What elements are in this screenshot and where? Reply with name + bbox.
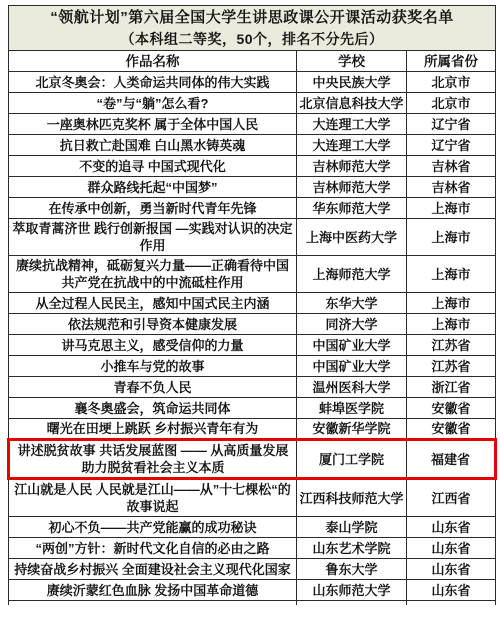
school-cell: 同济大学: [297, 314, 407, 335]
province-cell: 安徽省: [407, 419, 496, 440]
column-header-province: 所属省份: [407, 51, 496, 72]
column-header-school: 学校: [297, 51, 407, 72]
school-cell: 山东师范大学: [297, 580, 407, 601]
work-cell: 讲马克思主义，感受信仰的力量: [9, 335, 297, 356]
school-cell: 厦门工学院: [297, 440, 407, 479]
table-row: “卷”与“躺”怎么看? 北京信息科技大学 北京市: [9, 93, 496, 114]
work-cell: 讲述脱贫故事 共话发展蓝图 —— 从高质量发展助力脱贫看社会主义本质: [9, 440, 297, 479]
table-body: “领航计划”第六届全国大学生讲思政课公开课活动获奖名单 （本科组二等奖，50个，…: [9, 6, 496, 605]
table-row: 持续奋战乡村振兴 全面建设社会主义现代化国家 鲁东大学 山东省: [9, 559, 496, 580]
school-cell: 上海中医药大学: [297, 219, 407, 256]
partial-bottom-row: [9, 601, 496, 605]
province-cell: 浙江省: [407, 377, 496, 398]
table-row: 初心不负——共产党能赢的成功秘诀 泰山学院 山东省: [9, 517, 496, 538]
work-cell: 萃取青蒿济世 践行创新报国 —实践对认识的决定作用: [9, 219, 297, 256]
school-cell: 吉林师范大学: [297, 177, 407, 198]
award-table: “领航计划”第六届全国大学生讲思政课公开课活动获奖名单 （本科组二等奖，50个，…: [7, 5, 497, 605]
page-subtitle: （本科组二等奖，50个，排名不分先后）: [11, 29, 493, 49]
table-row: 曙光在田埂上跳跃 乡村振兴青年有为 安徽新华学院 安徽省: [9, 419, 496, 440]
work-cell: [9, 601, 297, 605]
province-cell: 辽宁省: [407, 114, 496, 135]
work-cell: 群众路线托起“中国梦”: [9, 177, 297, 198]
province-cell: 山东省: [407, 580, 496, 601]
table-row: 不变的追寻 中国式现代化 吉林师范大学 吉林省: [9, 156, 496, 177]
province-cell: 吉林省: [407, 177, 496, 198]
table-row: 青春不负人民 温州医科大学 浙江省: [9, 377, 496, 398]
column-header-work: 作品名称: [9, 51, 297, 72]
school-cell: 安徽新华学院: [297, 419, 407, 440]
province-cell: 北京市: [407, 93, 496, 114]
school-cell: 大连理工大学: [297, 135, 407, 156]
table-row: 赓续沂蒙红色血脉 发扬中国革命道德 山东师范大学 山东省: [9, 580, 496, 601]
work-cell: “两创”方针：新时代文化自信的必由之路: [9, 538, 297, 559]
school-cell: 大连理工大学: [297, 114, 407, 135]
province-cell: 江苏省: [407, 356, 496, 377]
table-row: 讲述脱贫故事 共话发展蓝图 —— 从高质量发展助力脱贫看社会主义本质 厦门工学院…: [9, 440, 496, 479]
province-cell: 山东省: [407, 559, 496, 580]
table-row: “两创”方针：新时代文化自信的必由之路 山东艺术学院 山东省: [9, 538, 496, 559]
province-cell: 上海市: [407, 314, 496, 335]
work-cell: 北京冬奥会：人类命运共同体的伟大实践: [9, 72, 297, 93]
province-cell: 北京市: [407, 72, 496, 93]
province-cell: 上海市: [407, 293, 496, 314]
school-cell: 华东师范大学: [297, 198, 407, 219]
work-cell: 小推车与党的故事: [9, 356, 297, 377]
school-cell: 泰山学院: [297, 517, 407, 538]
school-cell: 中国矿业大学: [297, 356, 407, 377]
school-cell: [297, 601, 407, 605]
province-cell: 上海市: [407, 198, 496, 219]
province-cell: 上海市: [407, 256, 496, 293]
work-cell: 从全过程人民民主，感知中国式民主内涵: [9, 293, 297, 314]
province-cell: 江苏省: [407, 335, 496, 356]
province-cell: 安徽省: [407, 398, 496, 419]
title-row: “领航计划”第六届全国大学生讲思政课公开课活动获奖名单 （本科组二等奖，50个，…: [9, 6, 496, 51]
province-cell: 辽宁省: [407, 135, 496, 156]
province-cell: 吉林省: [407, 156, 496, 177]
table-row: 群众路线托起“中国梦” 吉林师范大学 吉林省: [9, 177, 496, 198]
table-row: 在传承中创新，勇当新时代青年先锋 华东师范大学 上海市: [9, 198, 496, 219]
table-row: 萃取青蒿济世 践行创新报国 —实践对认识的决定作用 上海中医药大学 上海市: [9, 219, 496, 256]
page: “领航计划”第六届全国大学生讲思政课公开课活动获奖名单 （本科组二等奖，50个，…: [0, 0, 500, 631]
work-cell: 江山就是人民 人民就是江山——从”十七棵松“的故事说起: [9, 479, 297, 517]
table-row: 江山就是人民 人民就是江山——从”十七棵松“的故事说起 江西科技师范大学 江西省: [9, 479, 496, 517]
province-cell: 福建省: [407, 440, 496, 479]
school-cell: 中央民族大学: [297, 72, 407, 93]
school-cell: 中国矿业大学: [297, 335, 407, 356]
page-title: “领航计划”第六届全国大学生讲思政课公开课活动获奖名单: [11, 7, 493, 29]
work-cell: 赓续沂蒙红色血脉 发扬中国革命道德: [9, 580, 297, 601]
work-cell: 在传承中创新，勇当新时代青年先锋: [9, 198, 297, 219]
work-cell: 初心不负——共产党能赢的成功秘诀: [9, 517, 297, 538]
school-cell: 温州医科大学: [297, 377, 407, 398]
work-cell: 赓续抗战精神，砥砺复兴力量——正确看待中国共产党在抗战中的中流砥柱作用: [9, 256, 297, 293]
work-cell: 一座奥林匹克奖杯 属于全体中国人民: [9, 114, 297, 135]
province-cell: [407, 601, 496, 605]
table-row: 赓续抗战精神，砥砺复兴力量——正确看待中国共产党在抗战中的中流砥柱作用 上海师范…: [9, 256, 496, 293]
title-block: “领航计划”第六届全国大学生讲思政课公开课活动获奖名单 （本科组二等奖，50个，…: [9, 6, 496, 51]
work-cell: 依法规范和引导资本健康发展: [9, 314, 297, 335]
table-row: 一座奥林匹克奖杯 属于全体中国人民 大连理工大学 辽宁省: [9, 114, 496, 135]
header-row: 作品名称 学校 所属省份: [9, 51, 496, 72]
table-row: 抗日救亡赴国难 白山黑水铸英魂 大连理工大学 辽宁省: [9, 135, 496, 156]
work-cell: 持续奋战乡村振兴 全面建设社会主义现代化国家: [9, 559, 297, 580]
table-row: 从全过程人民民主，感知中国式民主内涵 东华大学 上海市: [9, 293, 496, 314]
table-row: 依法规范和引导资本健康发展 同济大学 上海市: [9, 314, 496, 335]
work-cell: 不变的追寻 中国式现代化: [9, 156, 297, 177]
province-cell: 江西省: [407, 479, 496, 517]
school-cell: 鲁东大学: [297, 559, 407, 580]
work-cell: 襄冬奥盛会，筑命运共同体: [9, 398, 297, 419]
work-cell: 抗日救亡赴国难 白山黑水铸英魂: [9, 135, 297, 156]
province-cell: 上海市: [407, 219, 496, 256]
school-cell: 上海师范大学: [297, 256, 407, 293]
work-cell: 青春不负人民: [9, 377, 297, 398]
province-cell: 山东省: [407, 538, 496, 559]
school-cell: 北京信息科技大学: [297, 93, 407, 114]
school-cell: 吉林师范大学: [297, 156, 407, 177]
table-row: 讲马克思主义，感受信仰的力量 中国矿业大学 江苏省: [9, 335, 496, 356]
table-row: 小推车与党的故事 中国矿业大学 江苏省: [9, 356, 496, 377]
work-cell: “卷”与“躺”怎么看?: [9, 93, 297, 114]
school-cell: 山东艺术学院: [297, 538, 407, 559]
work-cell: 曙光在田埂上跳跃 乡村振兴青年有为: [9, 419, 297, 440]
school-cell: 江西科技师范大学: [297, 479, 407, 517]
table-row: 北京冬奥会：人类命运共同体的伟大实践 中央民族大学 北京市: [9, 72, 496, 93]
school-cell: 东华大学: [297, 293, 407, 314]
table-row: 襄冬奥盛会，筑命运共同体 蚌埠医学院 安徽省: [9, 398, 496, 419]
school-cell: 蚌埠医学院: [297, 398, 407, 419]
province-cell: 山东省: [407, 517, 496, 538]
